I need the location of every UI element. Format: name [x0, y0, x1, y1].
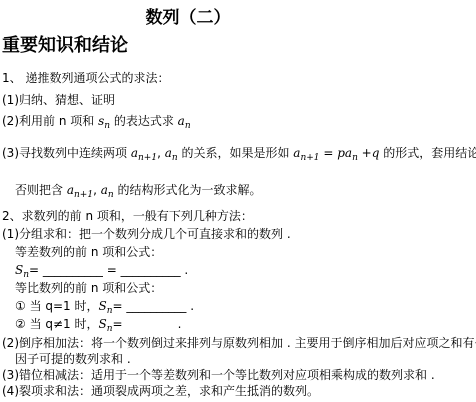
text-segment: ② 当 q≠1 时， [15, 317, 99, 331]
blank-line: __________ [43, 263, 103, 277]
text-segment: ① 当 q=1 时， [15, 299, 99, 313]
text-segment: 的结构形式化为一致求解。 [114, 183, 262, 197]
section-heading: 重要知识和结论 [2, 36, 476, 56]
document-page: 数列（二） 重要知识和结论 1、 递推数列通项公式的求法： (1)归纳、猜想、证… [0, 0, 476, 399]
geo-series-label: 等比数列的前 n 项和公式： [2, 280, 476, 296]
math-var-a: a [131, 146, 138, 160]
math-plus: + [358, 146, 372, 160]
math-equals: = [103, 263, 121, 277]
list-item-1-head: 1、 递推数列通项公式的求法： [2, 70, 476, 86]
math-subscript-n: n [185, 121, 191, 131]
list-item-2-head: 2、求数列的前 n 项和，一般有下列几种方法： [2, 208, 476, 224]
math-subscript-n1: n+1 [300, 153, 319, 163]
page-title: 数列（二） [2, 8, 374, 28]
list-item-2-4: (4)裂项求和法：通项裂成两项之差，求和产生抵消的数列。 [2, 383, 476, 399]
text-segment: . [178, 317, 182, 331]
math-var-a: a [165, 146, 172, 160]
text-segment: (3)寻找数列中连续两项 [2, 146, 131, 160]
text-segment: . [186, 299, 194, 313]
list-item-2-2-line2: 因子可提的数列求和 . [2, 351, 476, 367]
math-var-a: a [178, 114, 185, 128]
list-item-2-1: (1)分组求和：把一个数列分成几个可直接求和的数列 . [2, 226, 476, 242]
blank-line: __________ [121, 263, 181, 277]
math-var-a: a [345, 146, 352, 160]
geo-case-2: ② 当 q≠1 时，Sn=. [2, 316, 476, 332]
text-segment: 的关系，如果是形如 [178, 146, 294, 160]
math-equals: = [320, 146, 338, 160]
list-item-2-2-line1: (2)倒序相加法：将一个数列倒过来排列与原数列相加 . 主要用于倒序相加后对应项… [2, 335, 476, 351]
list-item-2-3: (3)错位相减法：适用于一个等差数列和一个等比数列对应项相乘构成的数列求和 . [2, 367, 476, 383]
math-var-S: S [99, 299, 107, 313]
list-item-1-3-cont: 否则把含 an+1, an 的结构形式化为一致求解。 [2, 182, 476, 198]
math-var-S: S [99, 317, 107, 331]
blank-line: __________ [126, 299, 186, 313]
arith-series-label: 等差数列的前 n 项和公式： [2, 244, 476, 260]
math-var-p: p [337, 146, 345, 160]
math-comma: , [93, 183, 101, 197]
list-item-1-1: (1)归纳、猜想、证明 [2, 92, 476, 108]
math-equals: = [113, 299, 127, 313]
math-comma: , [157, 146, 165, 160]
math-var-S: S [15, 263, 23, 277]
geo-case-1: ① 当 q=1 时，Sn= __________ . [2, 298, 476, 314]
arith-series-formula: Sn= __________ = __________ . [2, 262, 476, 278]
math-equals: = [29, 263, 43, 277]
math-subscript-n1: n+1 [138, 153, 157, 163]
math-var-a: a [101, 183, 108, 197]
text-segment: (2)利用前 n 项和 [2, 114, 98, 128]
text-segment: 的形式，套用结论求解， [379, 146, 476, 160]
text-segment: 的表达式求 [110, 114, 178, 128]
list-item-1-3: (3)寻找数列中连续两项 an+1, an 的关系，如果是形如 an+1 = p… [2, 145, 476, 161]
math-subscript-n1: n+1 [74, 190, 93, 200]
text-segment: 否则把含 [15, 183, 67, 197]
text-segment: . [181, 263, 189, 277]
math-var-a: a [67, 183, 74, 197]
math-equals: = [113, 317, 123, 331]
list-item-1-2: (2)利用前 n 项和 sn 的表达式求 an [2, 113, 476, 129]
